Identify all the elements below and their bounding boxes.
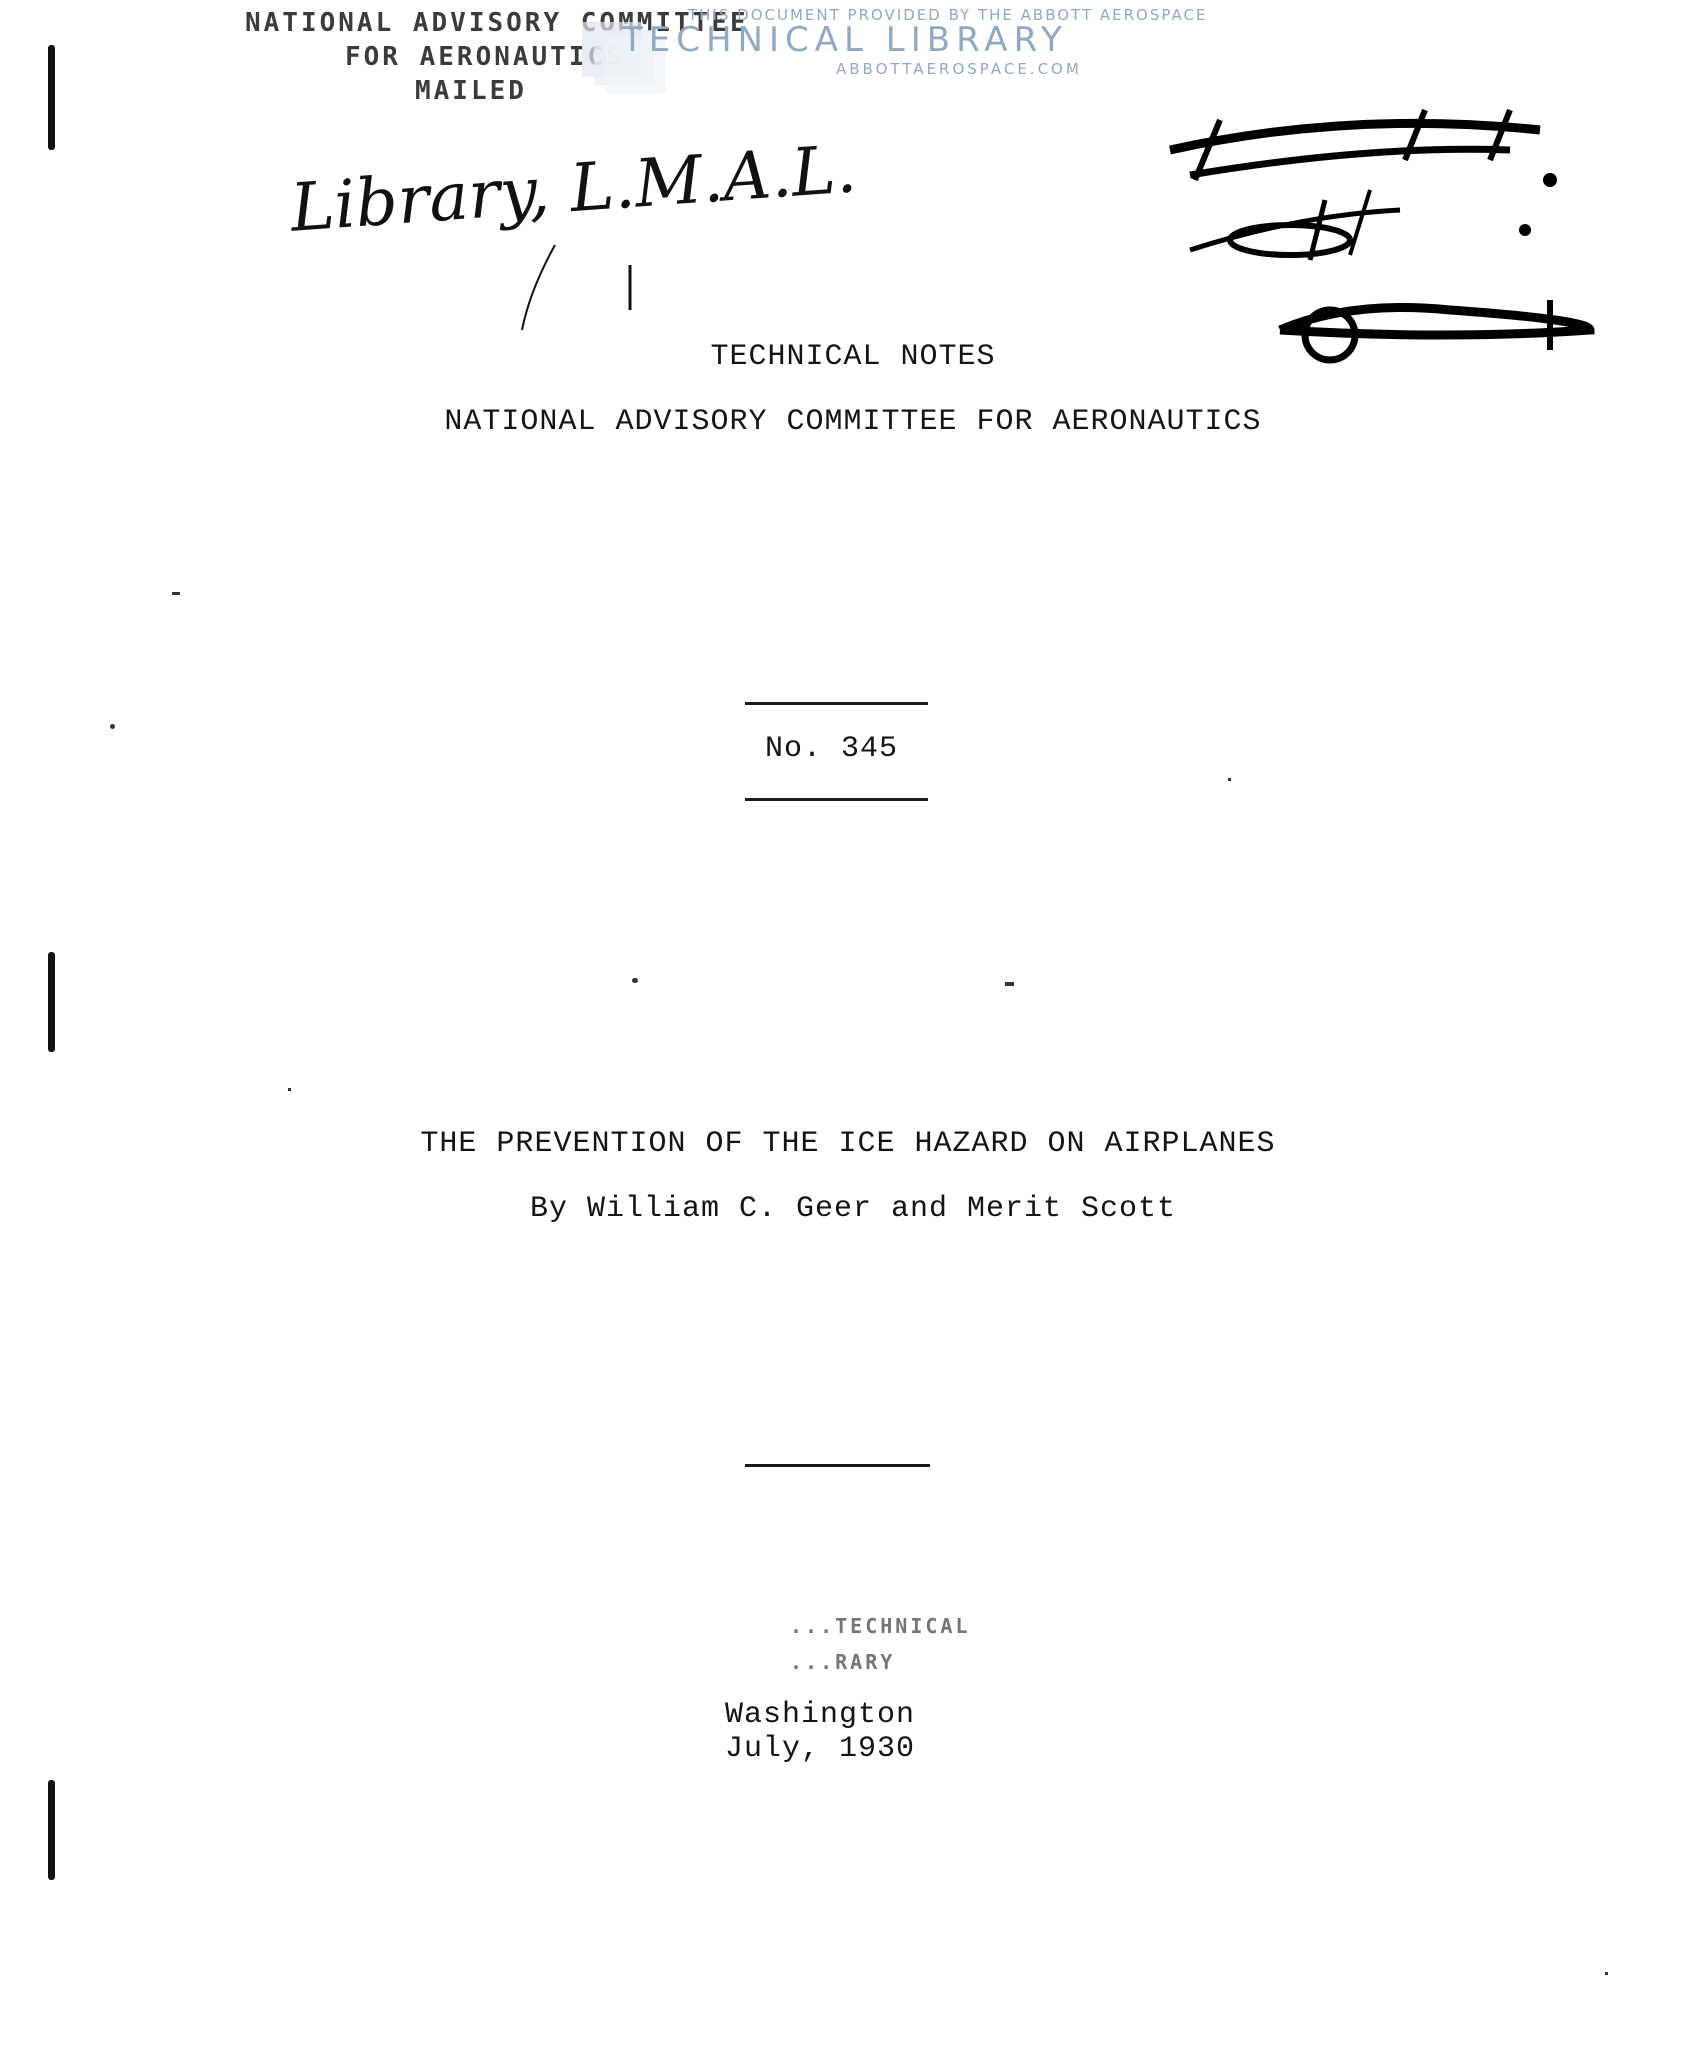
scan-speck (172, 592, 180, 595)
section-rule (745, 1464, 930, 1467)
technical-note-number: No. 345 (765, 732, 898, 766)
watermark-title: TECHNICAL LIBRARY (622, 20, 1068, 60)
scan-speck (1005, 982, 1014, 986)
binding-mark-top (48, 45, 55, 150)
scan-speck (288, 1088, 291, 1091)
document-title: THE PREVENTION OF THE ICE HAZARD ON AIRP… (0, 1127, 1706, 1161)
document-authors: By William C. Geer and Merit Scott (0, 1192, 1706, 1226)
organization-heading: NATIONAL ADVISORY COMMITTEE FOR AERONAUT… (0, 405, 1706, 439)
publication-place: Washington (725, 1698, 915, 1732)
scan-speck (1605, 1972, 1608, 1975)
publication-date: July, 1930 (725, 1732, 915, 1766)
faded-stamp-line-1: ...TECHNICAL (790, 1608, 971, 1644)
scan-speck (1228, 778, 1231, 781)
crossed-out-markings-icon (1150, 50, 1620, 370)
number-bottom-rule (745, 798, 928, 801)
handwriting-stroke-icon (500, 240, 650, 340)
faded-stamp: ...TECHNICAL ...RARY (790, 1608, 971, 1680)
watermark-url: ABBOTTAEROSPACE.COM (836, 60, 1082, 78)
binding-mark-middle (48, 952, 55, 1052)
faded-stamp-line-2: ...RARY (790, 1644, 971, 1680)
scan-speck (632, 978, 638, 983)
handwritten-library-note: Library, L.M.A.L. (288, 130, 859, 246)
scan-speck (110, 724, 115, 729)
number-top-rule (745, 702, 928, 705)
series-heading: TECHNICAL NOTES (0, 340, 1706, 374)
binding-mark-bottom (48, 1780, 55, 1880)
